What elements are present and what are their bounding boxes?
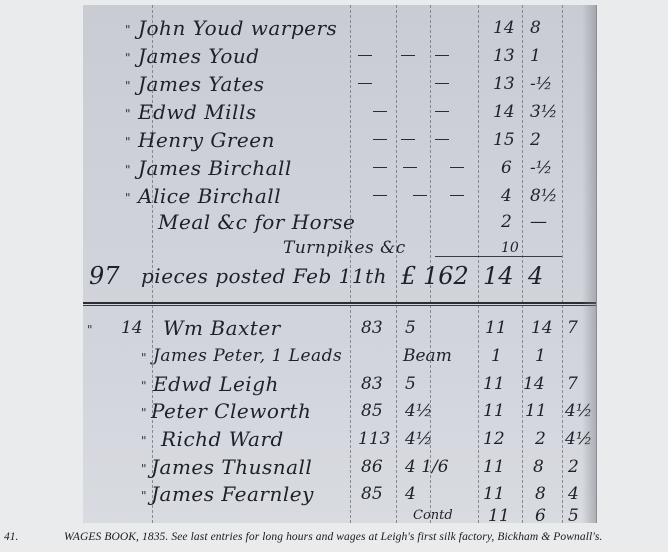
shillings: 6 [501, 157, 512, 179]
total-pence: 4 [528, 261, 543, 291]
expense-label: Meal &c for Horse [158, 211, 355, 233]
worker-name: Alice Birchall [138, 185, 281, 207]
ledger-entry: " James Fearnley 85 4 11 8 4 [83, 483, 596, 505]
worker-name: John Youd warpers [138, 17, 337, 39]
pence: 1 [530, 45, 541, 67]
pence: 5 [568, 505, 579, 523]
rate: 4 [405, 483, 416, 505]
shillings: 13 [493, 73, 515, 95]
worker-name: James Birchall [138, 157, 292, 179]
pounds: 12 [483, 428, 505, 450]
worker-name: Edwd Mills [138, 101, 257, 123]
total-row: 97 pieces posted Feb 11th £ 162 14 4 [83, 261, 596, 291]
pounds: 11 [483, 483, 505, 505]
ledger-entry: " John Youd warpers 14 8 [83, 17, 596, 39]
ledger-entry: " Richd Ward 113 4½ 12 2 4½ [83, 428, 596, 450]
pence: 4½ [565, 428, 592, 450]
worker-name: Edwd Leigh [153, 373, 279, 395]
caption-text: WAGES BOOK, 1835. See last entries for l… [64, 531, 602, 543]
rate: 4 1/6 [405, 456, 449, 478]
hours: 83 [361, 373, 383, 395]
shillings: 14 [523, 373, 545, 395]
ledger-entry: " Edwd Mills 14 3½ [83, 101, 596, 123]
hours: 113 [358, 428, 390, 450]
worker-name: Henry Green [138, 129, 275, 151]
shillings: 14 [493, 101, 515, 123]
worker-name: James Peter, 1 Leads [153, 345, 342, 367]
ledger-entry: " Alice Birchall 4 8½ [83, 185, 596, 207]
pieces-count: 97 [89, 261, 120, 291]
shillings: 13 [493, 45, 515, 67]
ledger-entry: " James Birchall 6 -½ [83, 157, 596, 179]
hours: 86 [361, 456, 383, 478]
ditto-dash [401, 55, 415, 56]
ditto-dash [373, 139, 387, 140]
shillings: 4 [501, 185, 512, 207]
shillings: 14 [531, 317, 553, 339]
pence: — [530, 211, 547, 233]
hours: 85 [361, 400, 383, 422]
ditto-dash [403, 167, 417, 168]
worker-name: Peter Cleworth [151, 400, 311, 422]
ledger-entry: " James Thusnall 86 4 1/6 11 8 2 [83, 456, 596, 478]
hours: 85 [361, 483, 383, 505]
shillings: 2 [535, 428, 546, 450]
ditto-dash [358, 83, 372, 84]
ledger-entry: " James Peter, 1 Leads Beam 1 1 [83, 345, 596, 367]
ledger-entry: " James Yates 13 -½ [83, 73, 596, 95]
hours: 83 [361, 317, 383, 339]
total-pounds: 162 [423, 261, 469, 291]
figure-number: 41. [4, 531, 18, 543]
ditto-dash [450, 195, 464, 196]
worker-name: James Fearnley [151, 483, 314, 505]
shillings: 8 [535, 483, 546, 505]
ledger-entry: " 14 Wm Baxter 83 5 11 14 7 [83, 317, 596, 339]
ditto-dash [401, 139, 415, 140]
shillings: 11 [525, 400, 547, 422]
pence: 7 [567, 373, 578, 395]
pence: -½ [530, 73, 552, 95]
continued-label: Contd [413, 505, 453, 523]
worker-name: Wm Baxter [163, 317, 281, 339]
rate: Beam [403, 345, 452, 367]
pounds: 11 [485, 317, 507, 339]
expense-label: Turnpikes &c [283, 237, 406, 259]
pence: -½ [530, 157, 552, 179]
pence: 4½ [565, 400, 592, 422]
pounds: 11 [483, 456, 505, 478]
pence: 8½ [530, 185, 557, 207]
shillings: 15 [493, 129, 515, 151]
shillings: 8 [533, 456, 544, 478]
pounds: 11 [483, 400, 505, 422]
ledger-entry: Contd 11 6 5 [83, 505, 596, 523]
ledger-entry: " Henry Green 15 2 [83, 129, 596, 151]
rate: 5 [405, 317, 416, 339]
ditto-dash [450, 167, 464, 168]
pence: 8 [530, 17, 541, 39]
ditto-dash [373, 195, 387, 196]
pence: 7 [567, 317, 578, 339]
ledger-page: " John Youd warpers 14 8 " James Youd 13… [83, 5, 596, 523]
worker-name: James Thusnall [151, 456, 312, 478]
pounds-symbol: £ [401, 261, 416, 291]
pounds: 1 [491, 345, 502, 367]
ledger-entry: " Edwd Leigh 83 5 11 14 7 [83, 373, 596, 395]
worker-name: James Youd [138, 45, 260, 67]
ditto-dash [413, 195, 427, 196]
total-shillings: 14 [483, 261, 514, 291]
pence: 2 [568, 456, 579, 478]
rate: 5 [405, 373, 416, 395]
subtotal-rule [435, 256, 562, 257]
ditto-dash [373, 167, 387, 168]
pounds: 11 [483, 373, 505, 395]
shillings: 2 [501, 211, 512, 233]
section-divider [83, 302, 596, 304]
pence: 2 [530, 129, 541, 151]
ditto-dash [373, 111, 387, 112]
day: 14 [121, 317, 143, 339]
worker-name: Richd Ward [161, 428, 284, 450]
total-label: pieces posted Feb 11th [141, 261, 387, 291]
worker-name: James Yates [138, 73, 265, 95]
ditto-dash [435, 139, 449, 140]
ledger-entry: " James Youd 13 1 [83, 45, 596, 67]
ditto-dash [435, 55, 449, 56]
shillings: 1 [535, 345, 546, 367]
ledger-entry: " Peter Cleworth 85 4½ 11 11 4½ [83, 400, 596, 422]
shillings: 14 [493, 17, 515, 39]
ledger-entry: Meal &c for Horse 2 — [83, 211, 596, 233]
rate: 4½ [405, 400, 432, 422]
figure-caption: 41. WAGES BOOK, 1835. See last entries f… [0, 528, 668, 548]
pence: 3½ [530, 101, 557, 123]
section-divider-secondary [83, 305, 596, 306]
rate: 4½ [405, 428, 432, 450]
pence: 4 [568, 483, 579, 505]
ditto-dash [435, 83, 449, 84]
ditto-dash [358, 55, 372, 56]
shillings: 6 [535, 505, 546, 523]
pounds: 11 [488, 505, 510, 523]
ditto-dash [435, 111, 449, 112]
